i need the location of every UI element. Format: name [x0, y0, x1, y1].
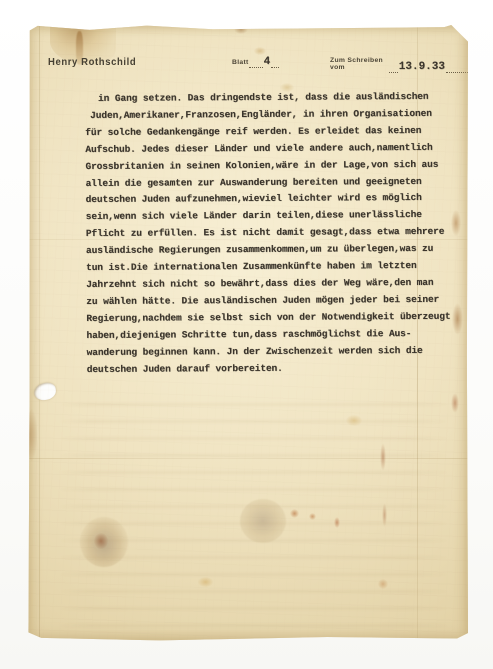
body-line: Regierung,nachdem sie selbst sich von de…	[86, 308, 464, 327]
stain	[451, 393, 459, 413]
body-line: zu wählen hätte. Die ausländischen Juden…	[86, 292, 464, 311]
sheet-number: 4	[263, 57, 272, 68]
body-line: Juden,Amerikaner,Franzosen,Engländer, in…	[85, 106, 463, 125]
date-value: 13.9.33	[398, 62, 446, 73]
body-line: Jahrzehnt sich nicht so bewährt,dass die…	[86, 275, 464, 294]
body-line: Grossbritanien in seinen Kolonien,wäre i…	[85, 156, 463, 175]
body-line: für solche Gedankengänge reif werden. Es…	[85, 123, 463, 142]
body-line: deutschen Juden darauf vorbereiten.	[87, 359, 465, 378]
fold-line-vertical-left	[39, 25, 40, 641]
sheet-field: Blatt 4	[232, 57, 279, 68]
letterhead: Henry Rothschild Blatt 4 Zum Schreiben v…	[28, 55, 468, 71]
stain	[254, 47, 266, 55]
dotted-rule	[389, 64, 397, 73]
paper-tear-hole	[33, 382, 57, 402]
dotted-rule	[271, 59, 279, 68]
date-field: Zum Schreiben vom 13.9.33	[330, 57, 468, 73]
letterhead-name: Henry Rothschild	[48, 57, 136, 69]
dotted-rule	[249, 59, 263, 68]
body-line: Aufschub. Jedes dieser Länder und viele …	[85, 139, 463, 158]
dotted-rule	[446, 64, 468, 73]
paper-sheet: Henry Rothschild Blatt 4 Zum Schreiben v…	[28, 25, 468, 641]
body-line: haben,diejenigen Schritte tun,dass rasch…	[86, 325, 464, 344]
date-label: Zum Schreiben vom	[330, 57, 389, 73]
sheet-label: Blatt	[232, 59, 249, 68]
body-line: wanderung beginnen kann. Jn der Zwischen…	[87, 342, 465, 361]
reverse-side-bleedthrough	[58, 393, 450, 633]
typewritten-body: in Gang setzen. Das dringendste ist, das…	[85, 89, 465, 379]
